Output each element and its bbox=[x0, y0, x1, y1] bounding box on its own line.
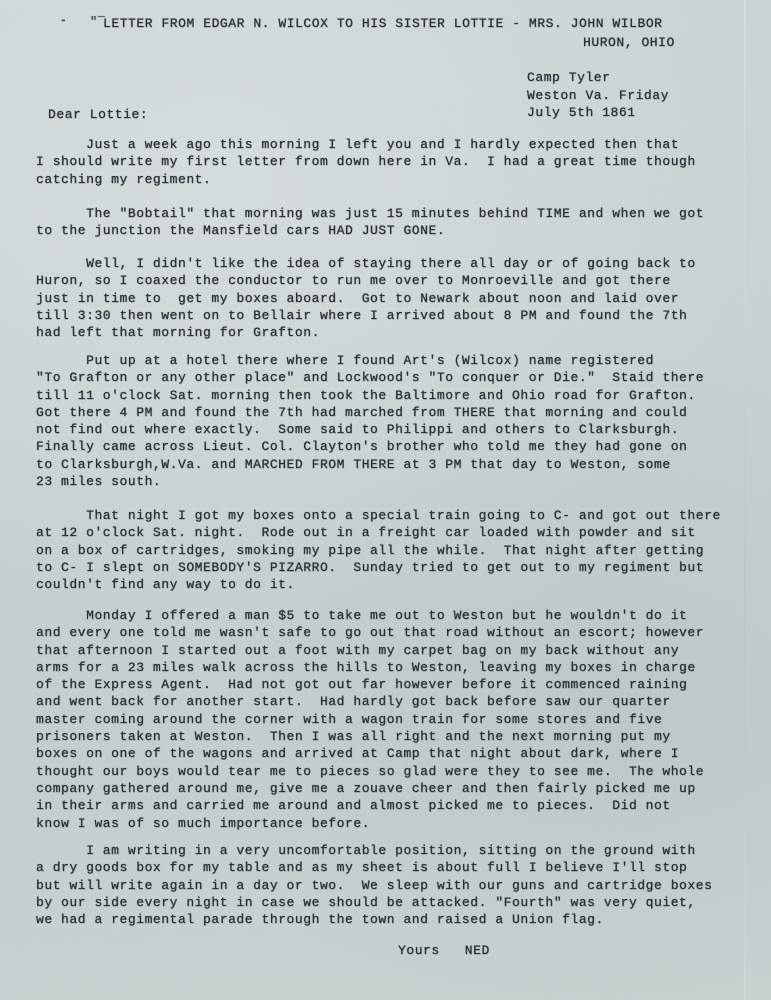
paragraph-5: That night I got my boxes onto a special… bbox=[36, 507, 751, 593]
paragraph-3: Well, I didn't like the idea of staying … bbox=[36, 255, 751, 341]
paragraph-2: The "Bobtail" that morning was just 15 m… bbox=[36, 205, 751, 240]
salutation: Dear Lottie: bbox=[48, 106, 148, 123]
paragraph-6: Monday I offered a man $5 to take me out… bbox=[36, 607, 751, 832]
letter-title-location: HURON, OHIO bbox=[583, 34, 675, 51]
letter-title: LETTER FROM EDGAR N. WILCOX TO HIS SISTE… bbox=[103, 15, 663, 32]
paragraph-7: I am writing in a very uncomfortable pos… bbox=[36, 842, 751, 928]
paragraph-4: Put up at a hotel there where I found Ar… bbox=[36, 352, 751, 490]
paragraph-1: Just a week ago this morning I left you … bbox=[36, 136, 751, 188]
letter-page: - "‾ LETTER FROM EDGAR N. WILCOX TO HIS … bbox=[0, 0, 771, 1000]
signature: Yours NED bbox=[398, 942, 490, 959]
dateline: Camp Tyler Weston Va. Friday July 5th 18… bbox=[527, 69, 669, 122]
typewriter-stray-mark-left: - bbox=[60, 13, 67, 30]
